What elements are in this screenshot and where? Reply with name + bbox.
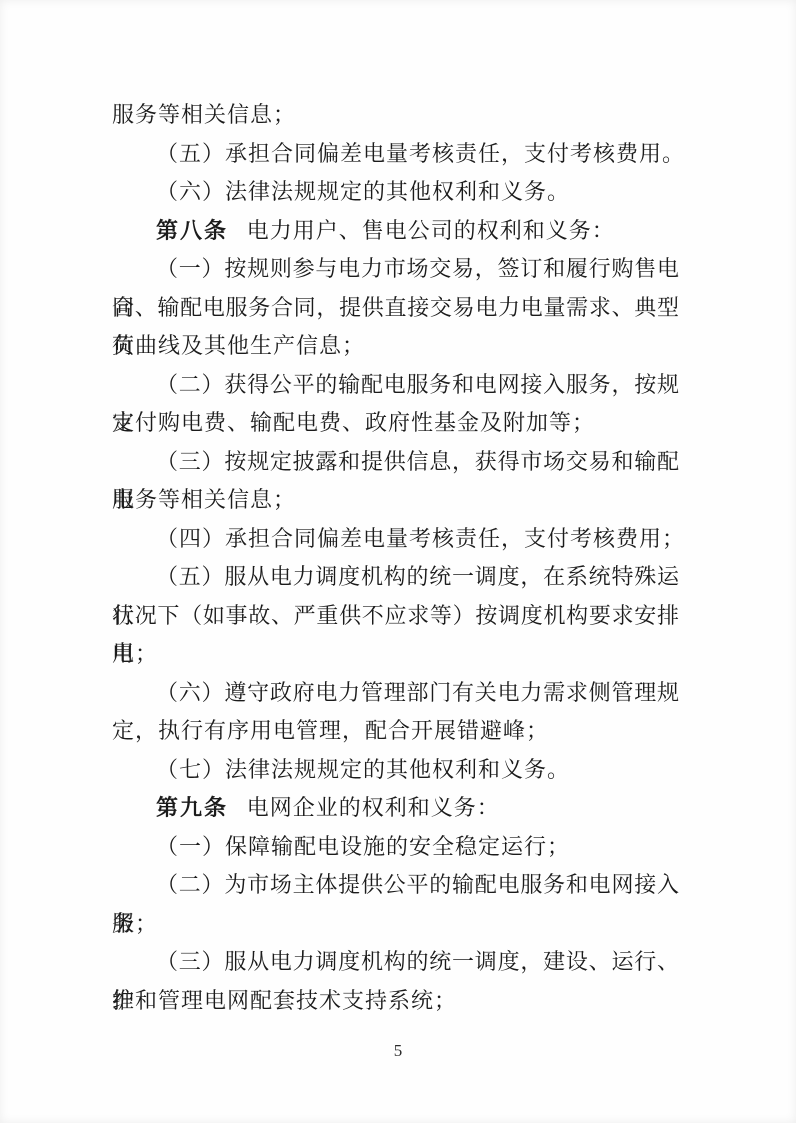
text-line: 状况下（如事故、严重供不应求等）按调度机构要求安排用 (112, 597, 679, 636)
text-line: （五）服从电力调度机构的统一调度，在系统特殊运行 (112, 558, 679, 597)
text-line: （一）按规则参与电力市场交易，签订和履行购售电合 (112, 250, 679, 289)
text-line: （六）法律法规规定的其他权利和义务。 (112, 173, 679, 212)
text-line: 支付购电费、输配电费、政府性基金及附加等； (112, 404, 679, 443)
text-line: （一）保障输配电设施的安全稳定运行； (112, 828, 679, 867)
text-line: 第九条电网企业的权利和义务： (112, 789, 679, 828)
text-line: 服务等相关信息； (112, 96, 679, 135)
text-line: 荷曲线及其他生产信息； (112, 327, 679, 366)
text-line: 定，执行有序用电管理，配合开展错避峰； (112, 712, 679, 751)
text-line: （六）遵守政府电力管理部门有关电力需求侧管理规 (112, 674, 679, 713)
text-line: （二）获得公平的输配电服务和电网接入服务，按规定 (112, 366, 679, 405)
text-line: 服务等相关信息； (112, 481, 679, 520)
text-line: （二）为市场主体提供公平的输配电服务和电网接入服 (112, 866, 679, 905)
page-number: 5 (0, 1041, 796, 1061)
text-line: （三）服从电力调度机构的统一调度，建设、运行、维 (112, 943, 679, 982)
text-line: （七）法律法规规定的其他权利和义务。 (112, 751, 679, 790)
article-heading-text: 电网企业的权利和义务： (247, 795, 500, 820)
text-line: 第八条电力用户、售电公司的权利和义务： (112, 212, 679, 251)
article-heading-text: 电力用户、售电公司的权利和义务： (247, 218, 615, 243)
text-line: 电； (112, 635, 679, 674)
text-line: （三）按规定披露和提供信息，获得市场交易和输配电 (112, 443, 679, 482)
document-body: 服务等相关信息；（五）承担合同偏差电量考核责任，支付考核费用。（六）法律法规规定… (112, 96, 679, 1020)
text-line: 护和管理电网配套技术支持系统； (112, 982, 679, 1021)
article-heading: 第九条 (156, 795, 228, 820)
text-line: 务； (112, 905, 679, 944)
text-line: 同、输配电服务合同，提供直接交易电力电量需求、典型负 (112, 289, 679, 328)
article-heading: 第八条 (156, 218, 228, 243)
document-page: 服务等相关信息；（五）承担合同偏差电量考核责任，支付考核费用。（六）法律法规规定… (0, 0, 796, 1123)
text-line: （四）承担合同偏差电量考核责任，支付考核费用； (112, 520, 679, 559)
text-line: （五）承担合同偏差电量考核责任，支付考核费用。 (112, 135, 679, 174)
